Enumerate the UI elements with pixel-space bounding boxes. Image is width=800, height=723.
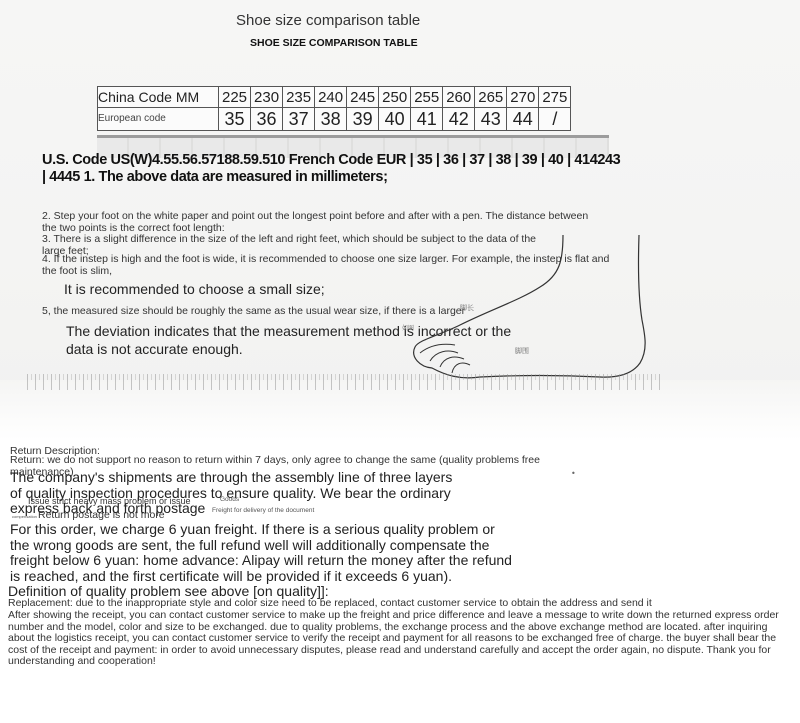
table-cell: 275 — [539, 87, 571, 108]
table-cell: 270 — [507, 87, 539, 108]
exchange-text: After showing the receipt, you can conta… — [8, 610, 788, 668]
table-cell: 265 — [475, 87, 507, 108]
table-row-china: China Code MM 225 230 235 240 245 250 25… — [98, 87, 571, 108]
foot-width-label: 脚围 — [515, 346, 529, 355]
table-cell: 37 — [283, 108, 315, 131]
table-cell: 42 — [443, 108, 475, 131]
foot-toe-label: 如图 — [402, 324, 414, 332]
european-code-label: European code — [98, 108, 219, 131]
table-cell: 35 — [219, 108, 251, 131]
foot-length-label: 脚长 — [460, 303, 474, 312]
page-subtitle: SHOE SIZE COMPARISON TABLE — [250, 37, 418, 49]
overlay-issue-text: Issue strict heavy mass problem or issue — [28, 496, 191, 508]
return-postage-text: Return postage is not more — [38, 510, 165, 522]
table-cell: 39 — [347, 108, 379, 131]
table-cell: 40 — [379, 108, 411, 131]
stray-dot: • — [571, 469, 576, 478]
ruler-icon — [27, 374, 663, 390]
table-cell: 260 — [443, 87, 475, 108]
table-cell: 235 — [283, 87, 315, 108]
page-title: Shoe size comparison table — [236, 12, 420, 29]
table-cell: 44 — [507, 108, 539, 131]
overlay-goods-text: Goods — [220, 496, 239, 503]
china-code-label: China Code MM — [98, 87, 219, 108]
table-row-european: European code 35 36 37 38 39 40 41 42 43… — [98, 108, 571, 131]
overlay-freight-text: Freight for delivery of the document — [212, 507, 322, 514]
order-freight-text: For this order, we charge 6 yuan freight… — [10, 522, 515, 584]
size-comparison-table: China Code MM 225 230 235 240 245 250 25… — [97, 86, 571, 131]
table-cell: 230 — [251, 87, 283, 108]
table-cell: 245 — [347, 87, 379, 108]
table-cell: 225 — [219, 87, 251, 108]
table-cell: 255 — [411, 87, 443, 108]
table-cell: 43 — [475, 108, 507, 131]
us-code-line: U.S. Code US(W)4.55.56.57188.59.510 Fren… — [42, 152, 622, 186]
note-4-recommendation: It is recommended to choose a small size… — [64, 280, 325, 298]
overlay-compensation-text: compensation — [12, 513, 37, 520]
replacement-text: Replacement: due to the inappropriate st… — [8, 598, 728, 610]
table-cell: / — [539, 108, 571, 131]
table-cell: 38 — [315, 108, 347, 131]
table-cell: 240 — [315, 87, 347, 108]
table-cell: 41 — [411, 108, 443, 131]
table-cell: 250 — [379, 87, 411, 108]
table-cell: 36 — [251, 108, 283, 131]
foot-outline-icon: 脚长 脚围 如图 — [400, 225, 660, 385]
